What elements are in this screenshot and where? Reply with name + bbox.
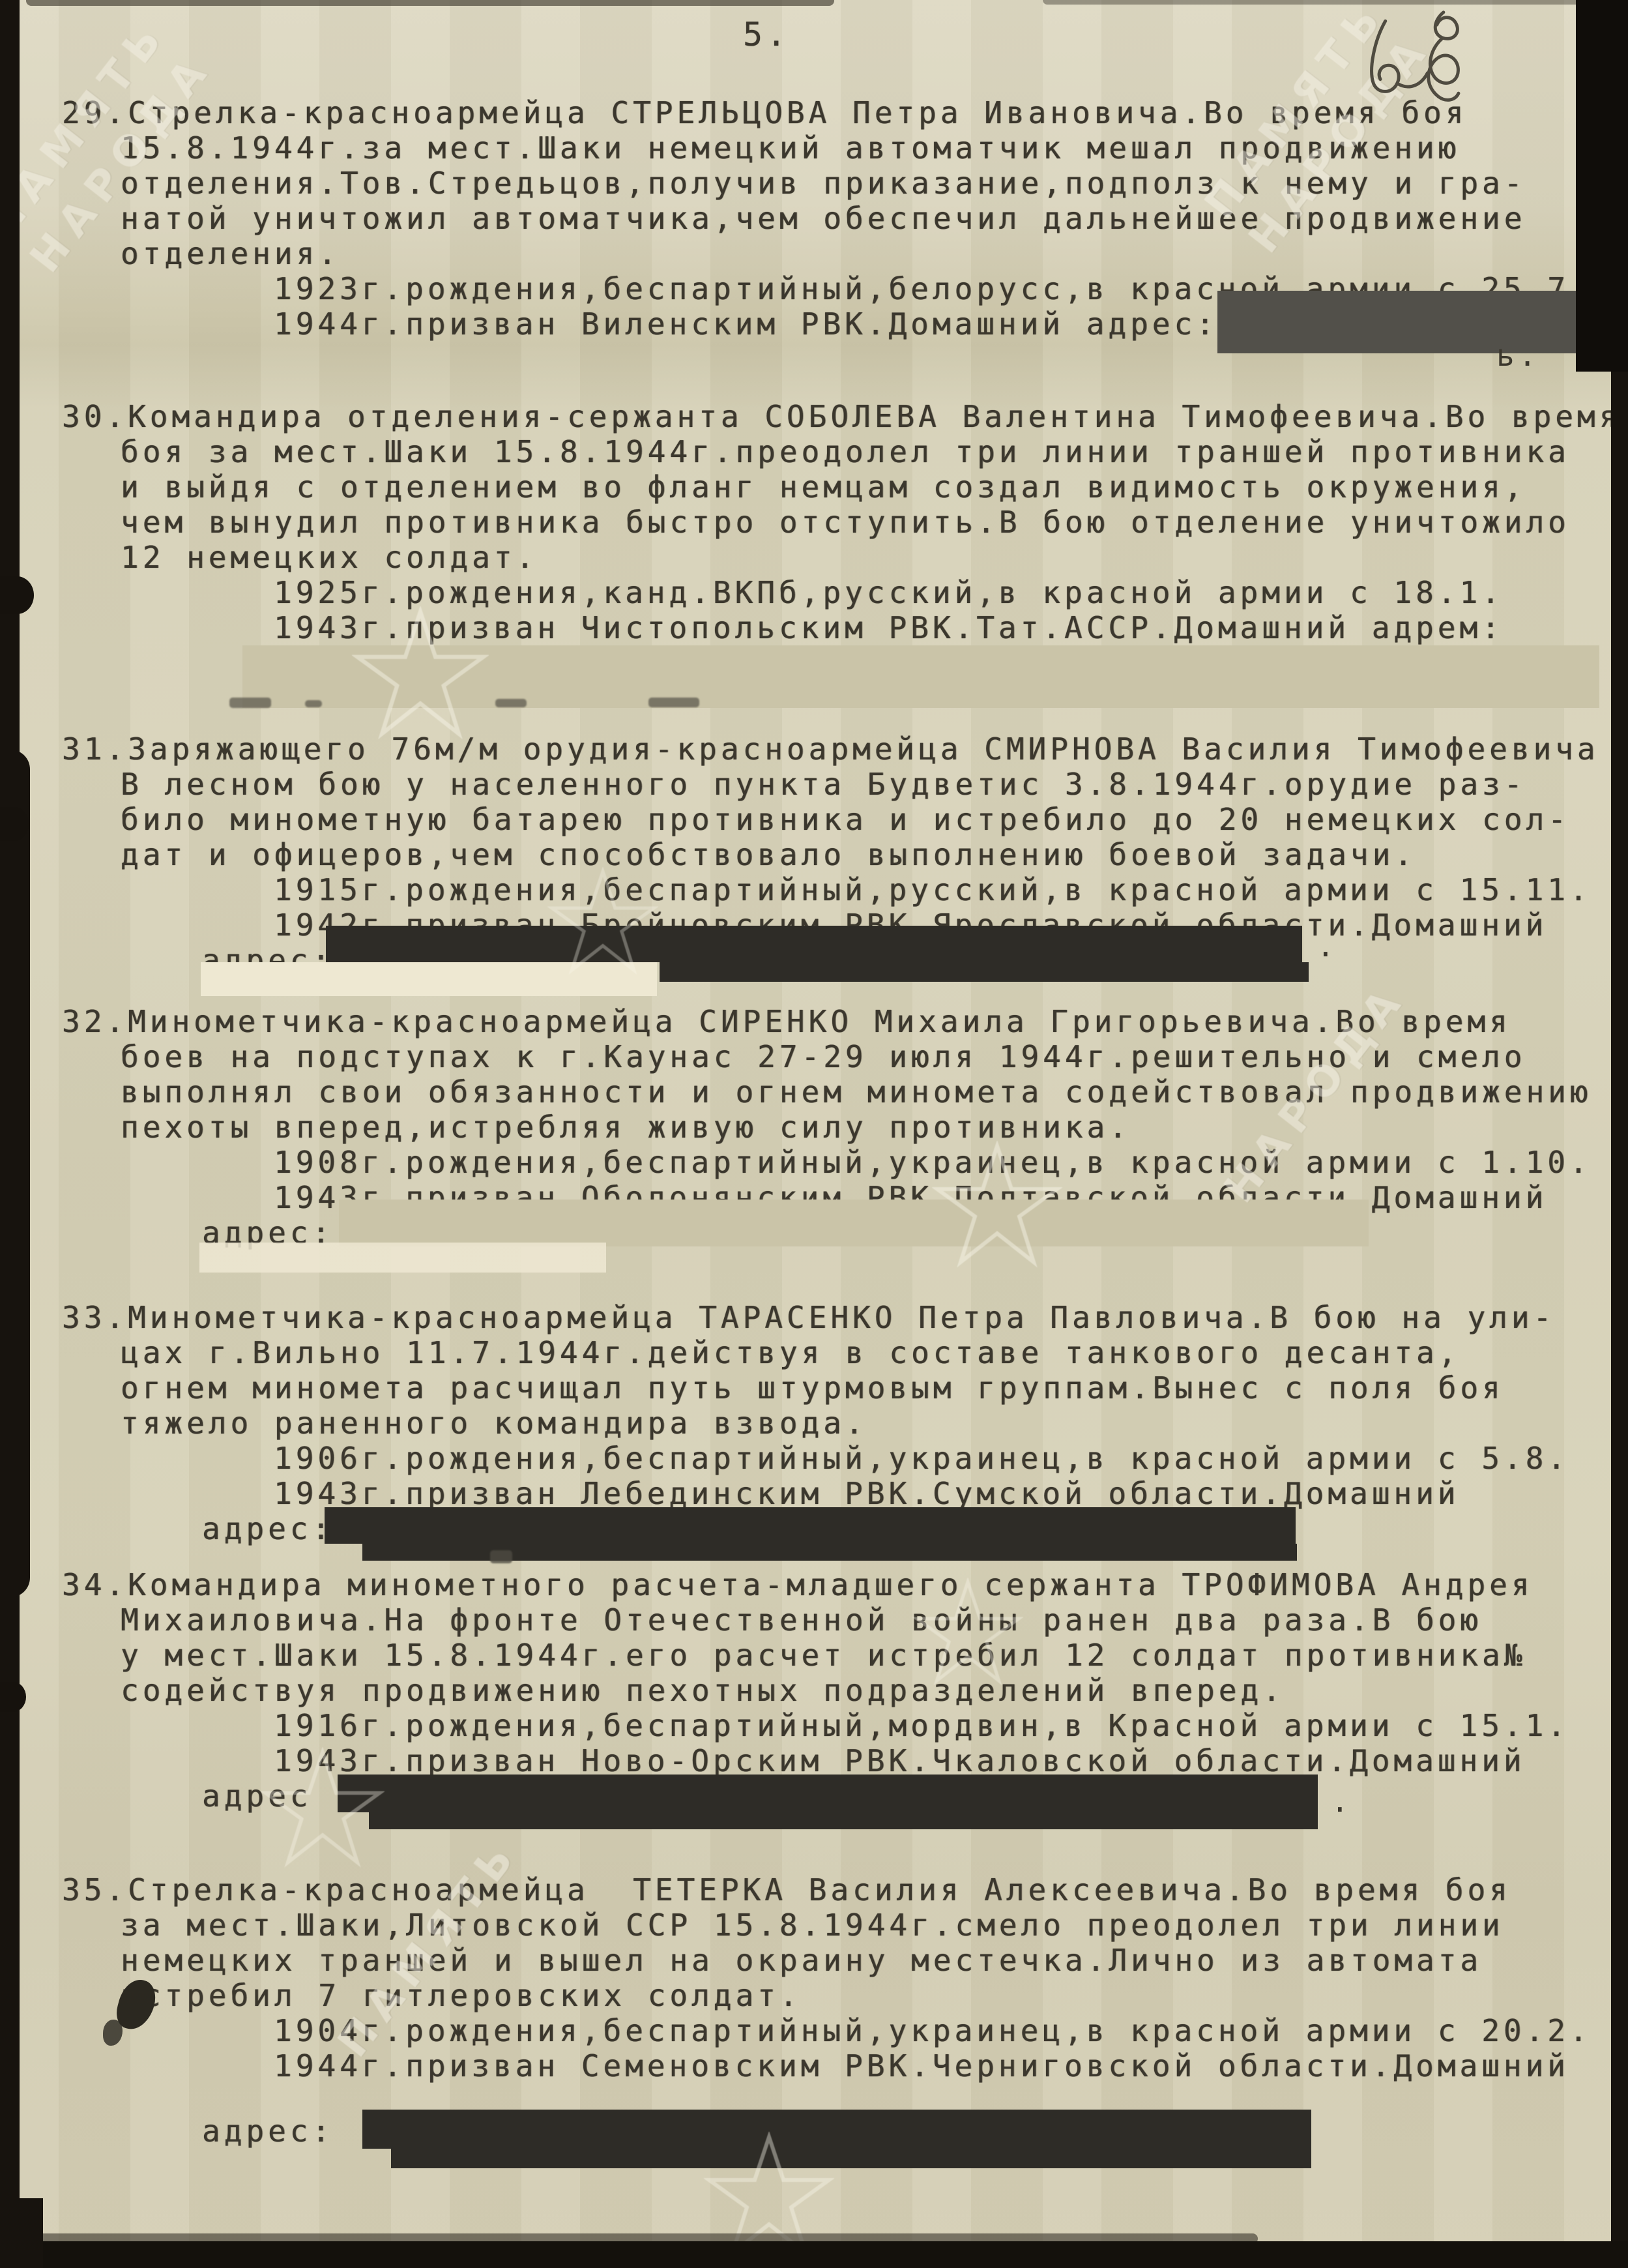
entry-bio-line: 1916г.рождения,беспартийный,мордвин,в Кр… xyxy=(62,1708,1613,1743)
entry-text-line: Командира отделения-сержанта СОБОЛЕВА Ва… xyxy=(128,399,1621,434)
entry-text-line: и выйдя с отделением во фланг немцам соз… xyxy=(62,469,1613,505)
entry-number: 29. xyxy=(62,95,128,130)
redaction-block xyxy=(242,645,1599,708)
entry-text-line: пехоты вперед,истребляя живую силу проти… xyxy=(62,1110,1613,1145)
entry-text-line: содействуя продвижению пехотных подразде… xyxy=(62,1673,1613,1708)
redaction-bar xyxy=(338,1775,1318,1812)
entry-text-line: боя за мест.Шаки 15.8.1944г.преодолел тр… xyxy=(62,434,1613,469)
entry-bio-line: 1908г.рождения,беспартийный,украинец,в к… xyxy=(62,1145,1613,1180)
ink-smudge xyxy=(305,700,322,707)
entry-text-line: Стрелка-красноармейца ТЕТЕРКА Василия Ал… xyxy=(128,1872,1511,1907)
entry-bio-line: 1943г.призван Ново-Орским РВК.Чкаловской… xyxy=(62,1743,1613,1778)
entry-text-line: истребил 7 гитлеровских солдат. xyxy=(62,1978,1613,2013)
entry-text-line: отделения. xyxy=(62,236,1613,271)
entry-text-line: Минометчика-красноармейца ТАРАСЕНКО Петр… xyxy=(128,1300,1555,1335)
entry-text-line: 12 немецких солдат. xyxy=(62,540,1613,575)
entry-bio-line: 1943г.призван Лебединским РВК.Сумской об… xyxy=(62,1476,1613,1511)
entry-text-line: Командира минометного расчета-младшего с… xyxy=(128,1567,1533,1602)
entry-number: 30. xyxy=(62,399,128,434)
entry-bio-line: 1944г.призван Семеновским РВК.Черниговск… xyxy=(62,2048,1613,2084)
scan-edge-left xyxy=(0,750,30,1597)
handwritten-68-squiggle xyxy=(1334,1,1494,121)
scan-edge-nub xyxy=(0,807,29,841)
entry-bio-line: 1925г.рождения,канд.ВКПб,русский,в красн… xyxy=(62,575,1613,610)
entry-text-line: 15.8.1944г.за мест.Шаки немецкий автомат… xyxy=(62,130,1613,166)
redaction-bar xyxy=(660,962,1309,982)
scan-edge-right xyxy=(1576,0,1628,372)
redaction-bar xyxy=(391,2149,1311,2168)
scan-edge-nub xyxy=(0,576,34,614)
page-number: 5. xyxy=(743,17,790,52)
scan-edge-corner xyxy=(0,2198,43,2268)
entry-text-line: чем вынудил противника быстро отступить.… xyxy=(62,505,1613,540)
entry-text-line: Стрелка-красноармейца СТРЕЛЬЦОВА Петра И… xyxy=(128,95,1467,130)
entry-text-line: у мест.Шаки 15.8.1944г.его расчет истреб… xyxy=(62,1638,1613,1673)
stray-mark: . xyxy=(1331,1784,1353,1819)
redaction-bar xyxy=(325,1507,1296,1544)
redaction-bar xyxy=(362,2110,1311,2149)
ink-smudge xyxy=(495,699,527,707)
entry-text-line: за мест.Шаки,Литовской ССР 15.8.1944г.см… xyxy=(62,1907,1613,1943)
entry-text-line: боев на подступах к г.Каунас 27-29 июля … xyxy=(62,1039,1613,1074)
entry-text-line: Заряжающего 76м/м орудия-красноармейца С… xyxy=(128,731,1599,767)
ink-smudge xyxy=(490,1550,512,1563)
ink-smudge xyxy=(648,698,699,707)
scan-edge-top xyxy=(26,0,834,6)
redaction-strip xyxy=(199,1243,606,1273)
handwritten-mark xyxy=(1334,1,1495,128)
entry-number: 32. xyxy=(62,1004,128,1039)
entry-text-line: натой уничтожил автоматчика,чем обеспечи… xyxy=(62,201,1613,236)
entry-bio-line: 1906г.рождения,беспартийный,украинец,в к… xyxy=(62,1441,1613,1476)
entry-number: 35. xyxy=(62,1872,128,1907)
entry-text-line: отделения.Тов.Стредьцов,получив приказан… xyxy=(62,166,1613,201)
entry-text-line: тяжело раненного командира взвода. xyxy=(62,1406,1613,1441)
entry-bio-line: 1904г.рождения,беспартийный,украинец,в к… xyxy=(62,2013,1613,2048)
redaction-strip xyxy=(201,962,657,996)
entry-text-line: выполнял свои обязанности и огнем миноме… xyxy=(62,1074,1613,1110)
entry-text-line: огнем миномета расчищал путь штурмовым г… xyxy=(62,1370,1613,1406)
stray-mark: . xyxy=(1316,928,1339,964)
entry-text-line: било минометную батарею противника и ист… xyxy=(62,802,1613,837)
ink-smudge xyxy=(229,698,271,708)
citation-entry-35: 35.Стрелка-красноармейца ТЕТЕРКА Василия… xyxy=(62,1872,1613,2149)
entry-bio-line: 1943г.призван Чистопольским РВК.Тат.АССР… xyxy=(62,610,1613,645)
entry-number: 33. xyxy=(62,1300,128,1335)
citation-entry-30: 30.Командира отделения-сержанта СОБОЛЕВА… xyxy=(62,399,1613,645)
scan-edge-bottom xyxy=(0,2241,1628,2268)
redaction-bar xyxy=(326,926,1302,962)
redaction-block xyxy=(339,1200,1369,1246)
redaction-bar xyxy=(1217,291,1599,353)
redaction-bar xyxy=(369,1812,1318,1829)
entry-text-line: Минометчика-красноармейца СИРЕНКО Михаил… xyxy=(128,1004,1511,1039)
entry-text-line: дат и офицеров,чем способствовало выполн… xyxy=(62,837,1613,872)
entry-number: 31. xyxy=(62,731,128,767)
stray-mark: ь. xyxy=(1496,338,1540,373)
entry-bio-line: 1915г.рождения,беспартийный,русский,в кр… xyxy=(62,872,1613,907)
entry-text-line: В лесном бою у населенного пункта Будвет… xyxy=(62,767,1613,802)
scanned-page: 5. ПАМЯТЬНАРОДА ПАМЯТЬНАРОДА НАРОДА ПАМЯ… xyxy=(0,0,1628,2268)
entry-text-line: немецких траншей и вышел на окраину мест… xyxy=(62,1943,1613,1978)
scan-edge-top xyxy=(1043,0,1628,5)
scan-edge-nub xyxy=(0,1682,26,1712)
entry-text-line: Михаиловича.На фронте Отечественной войн… xyxy=(62,1602,1613,1638)
entry-number: 34. xyxy=(62,1567,128,1602)
entry-text-line: цах г.Вильно 11.7.1944г.действуя в соста… xyxy=(62,1335,1613,1370)
